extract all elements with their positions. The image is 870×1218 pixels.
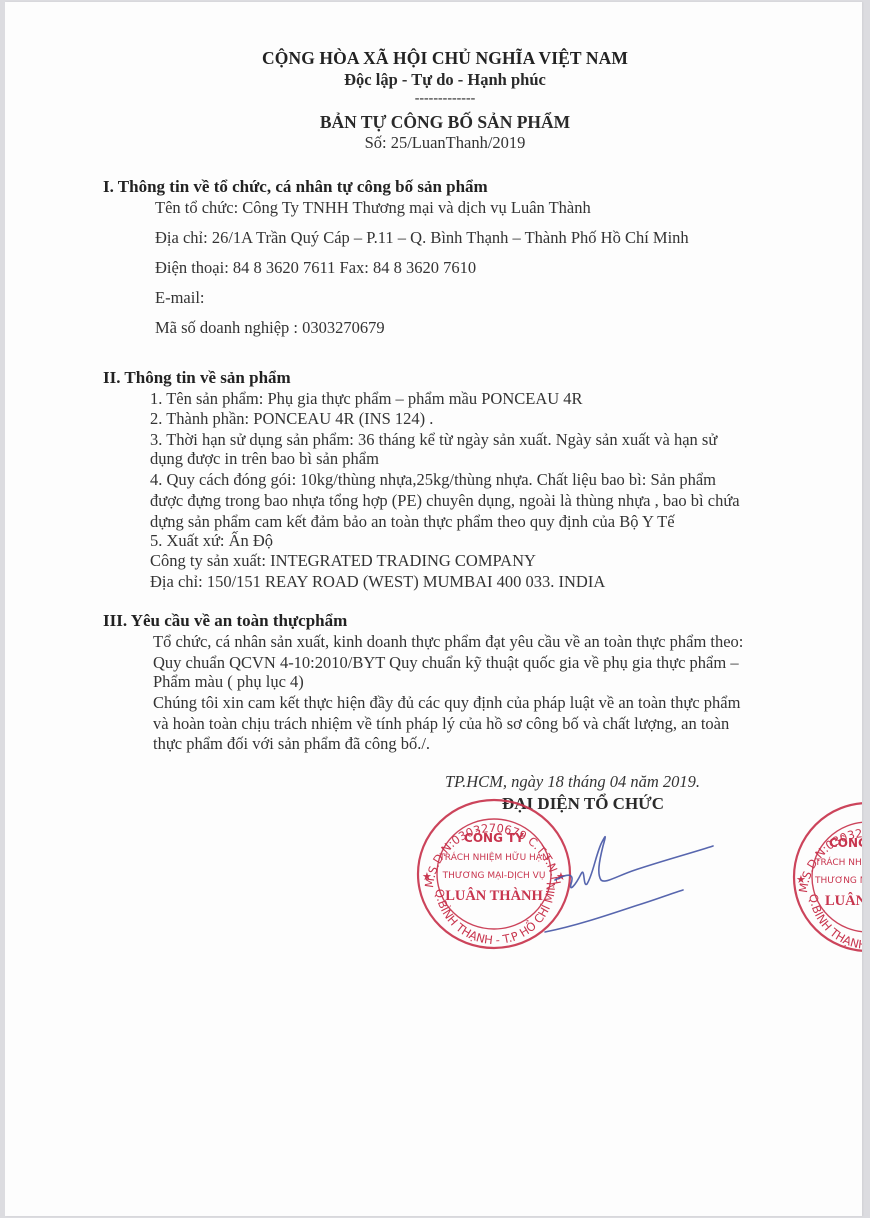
header-separator: ------------- <box>5 91 870 107</box>
product-ingredients: 2. Thành phần: PONCEAU 4R (INS 124) . <box>150 409 433 429</box>
safety-line-6: thực phẩm đối với sản phẩm đã công bố./. <box>153 734 430 754</box>
org-name: Tên tổ chức: Công Ty TNHH Thương mại và … <box>155 198 591 218</box>
partial-stamp-line-4: LUÂN THÀNH <box>825 892 870 909</box>
partial-stamp-line-1: CÔNG TY <box>829 835 870 850</box>
safety-line-1: Tổ chức, cá nhân sản xuất, kinh doanh th… <box>153 632 743 652</box>
national-title: CỘNG HÒA XÃ HỘI CHỦ NGHĨA VIỆT NAM <box>5 48 870 69</box>
org-address: Địa chỉ: 26/1A Trần Quý Cáp – P.11 – Q. … <box>155 228 689 248</box>
partial-stamp: M.S.D.N:0303270679 C.T.T.N.H.H Q.BÌNH TH… <box>785 797 865 957</box>
stamp-outer-bottom-text: Q.BÌNH THẠNH - T.P HỒ CHÍ MINH <box>401 781 558 947</box>
national-motto: Độc lập - Tự do - Hạnh phúc <box>5 70 870 90</box>
product-origin: 5. Xuất xứ: Ấn Độ <box>150 531 273 551</box>
signature-mark <box>545 822 745 942</box>
partial-stamp-line-2: TRÁCH NHIỆM HỮU HẠN <box>814 856 870 868</box>
product-packaging: 4. Quy cách đóng gói: 10kg/thùng nhựa,25… <box>150 470 716 490</box>
manufacturer: Công ty sản xuất: INTEGRATED TRADING COM… <box>150 551 536 571</box>
partial-stamp-line-3: THƯƠNG MẠI-DỊCH VỤ <box>814 876 870 886</box>
org-tax-code: Mã số doanh nghiệp : 0303270679 <box>155 318 385 338</box>
product-packaging-cont1: được đựng trong bao nhựa tổng hợp (PE) c… <box>150 491 740 511</box>
org-email: E-mail: <box>155 288 204 308</box>
document-number: Số: 25/LuanThanh/2019 <box>5 133 870 153</box>
product-shelf-life: 3. Thời hạn sử dụng sản phẩm: 36 tháng k… <box>150 430 717 450</box>
safety-line-2: Quy chuẩn QCVN 4-10:2010/BYT Quy chuẩn k… <box>153 653 739 673</box>
stamp-line-4: LUÂN THÀNH <box>445 887 543 904</box>
stamp-star-left: ★ <box>422 870 432 883</box>
safety-line-5: và hoàn toàn chịu trách nhiệm về tính ph… <box>153 714 729 734</box>
stamp-line-2: TRÁCH NHIỆM HỮU HẠN <box>438 851 548 863</box>
product-name: 1. Tên sản phẩm: Phụ gia thực phẩm – phẩ… <box>150 389 583 409</box>
signing-date: TP.HCM, ngày 18 tháng 04 năm 2019. <box>445 772 700 792</box>
section3-heading: III. Yêu cầu về an toàn thựcphẩm <box>103 611 347 631</box>
stamp-line-1: CÔNG TY <box>464 830 524 845</box>
section1-heading: I. Thông tin về tổ chức, cá nhân tự công… <box>103 177 488 197</box>
document-page: CỘNG HÒA XÃ HỘI CHỦ NGHĨA VIỆT NAM Độc l… <box>5 2 862 1216</box>
safety-line-4: Chúng tôi xin cam kết thực hiện đầy đủ c… <box>153 693 740 713</box>
section2-heading: II. Thông tin về sản phẩm <box>103 368 291 388</box>
stamp-line-3: THƯƠNG MẠI-DỊCH VỤ <box>442 871 546 881</box>
product-packaging-cont2: dựng sản phẩm cam kết đảm bảo an toàn th… <box>150 512 675 532</box>
manufacturer-address: Địa chỉ: 150/151 REAY ROAD (WEST) MUMBAI… <box>150 572 605 592</box>
product-shelf-life-cont: dụng được in trên bao bì sản phẩm <box>150 449 379 469</box>
org-phone-fax: Điện thoại: 84 8 3620 7611 Fax: 84 8 362… <box>155 258 476 278</box>
partial-stamp-star: ★ <box>796 873 806 886</box>
document-title: BẢN TỰ CÔNG BỐ SẢN PHẨM <box>5 112 870 133</box>
safety-line-3: Phẩm màu ( phụ lục 4) <box>153 672 304 692</box>
